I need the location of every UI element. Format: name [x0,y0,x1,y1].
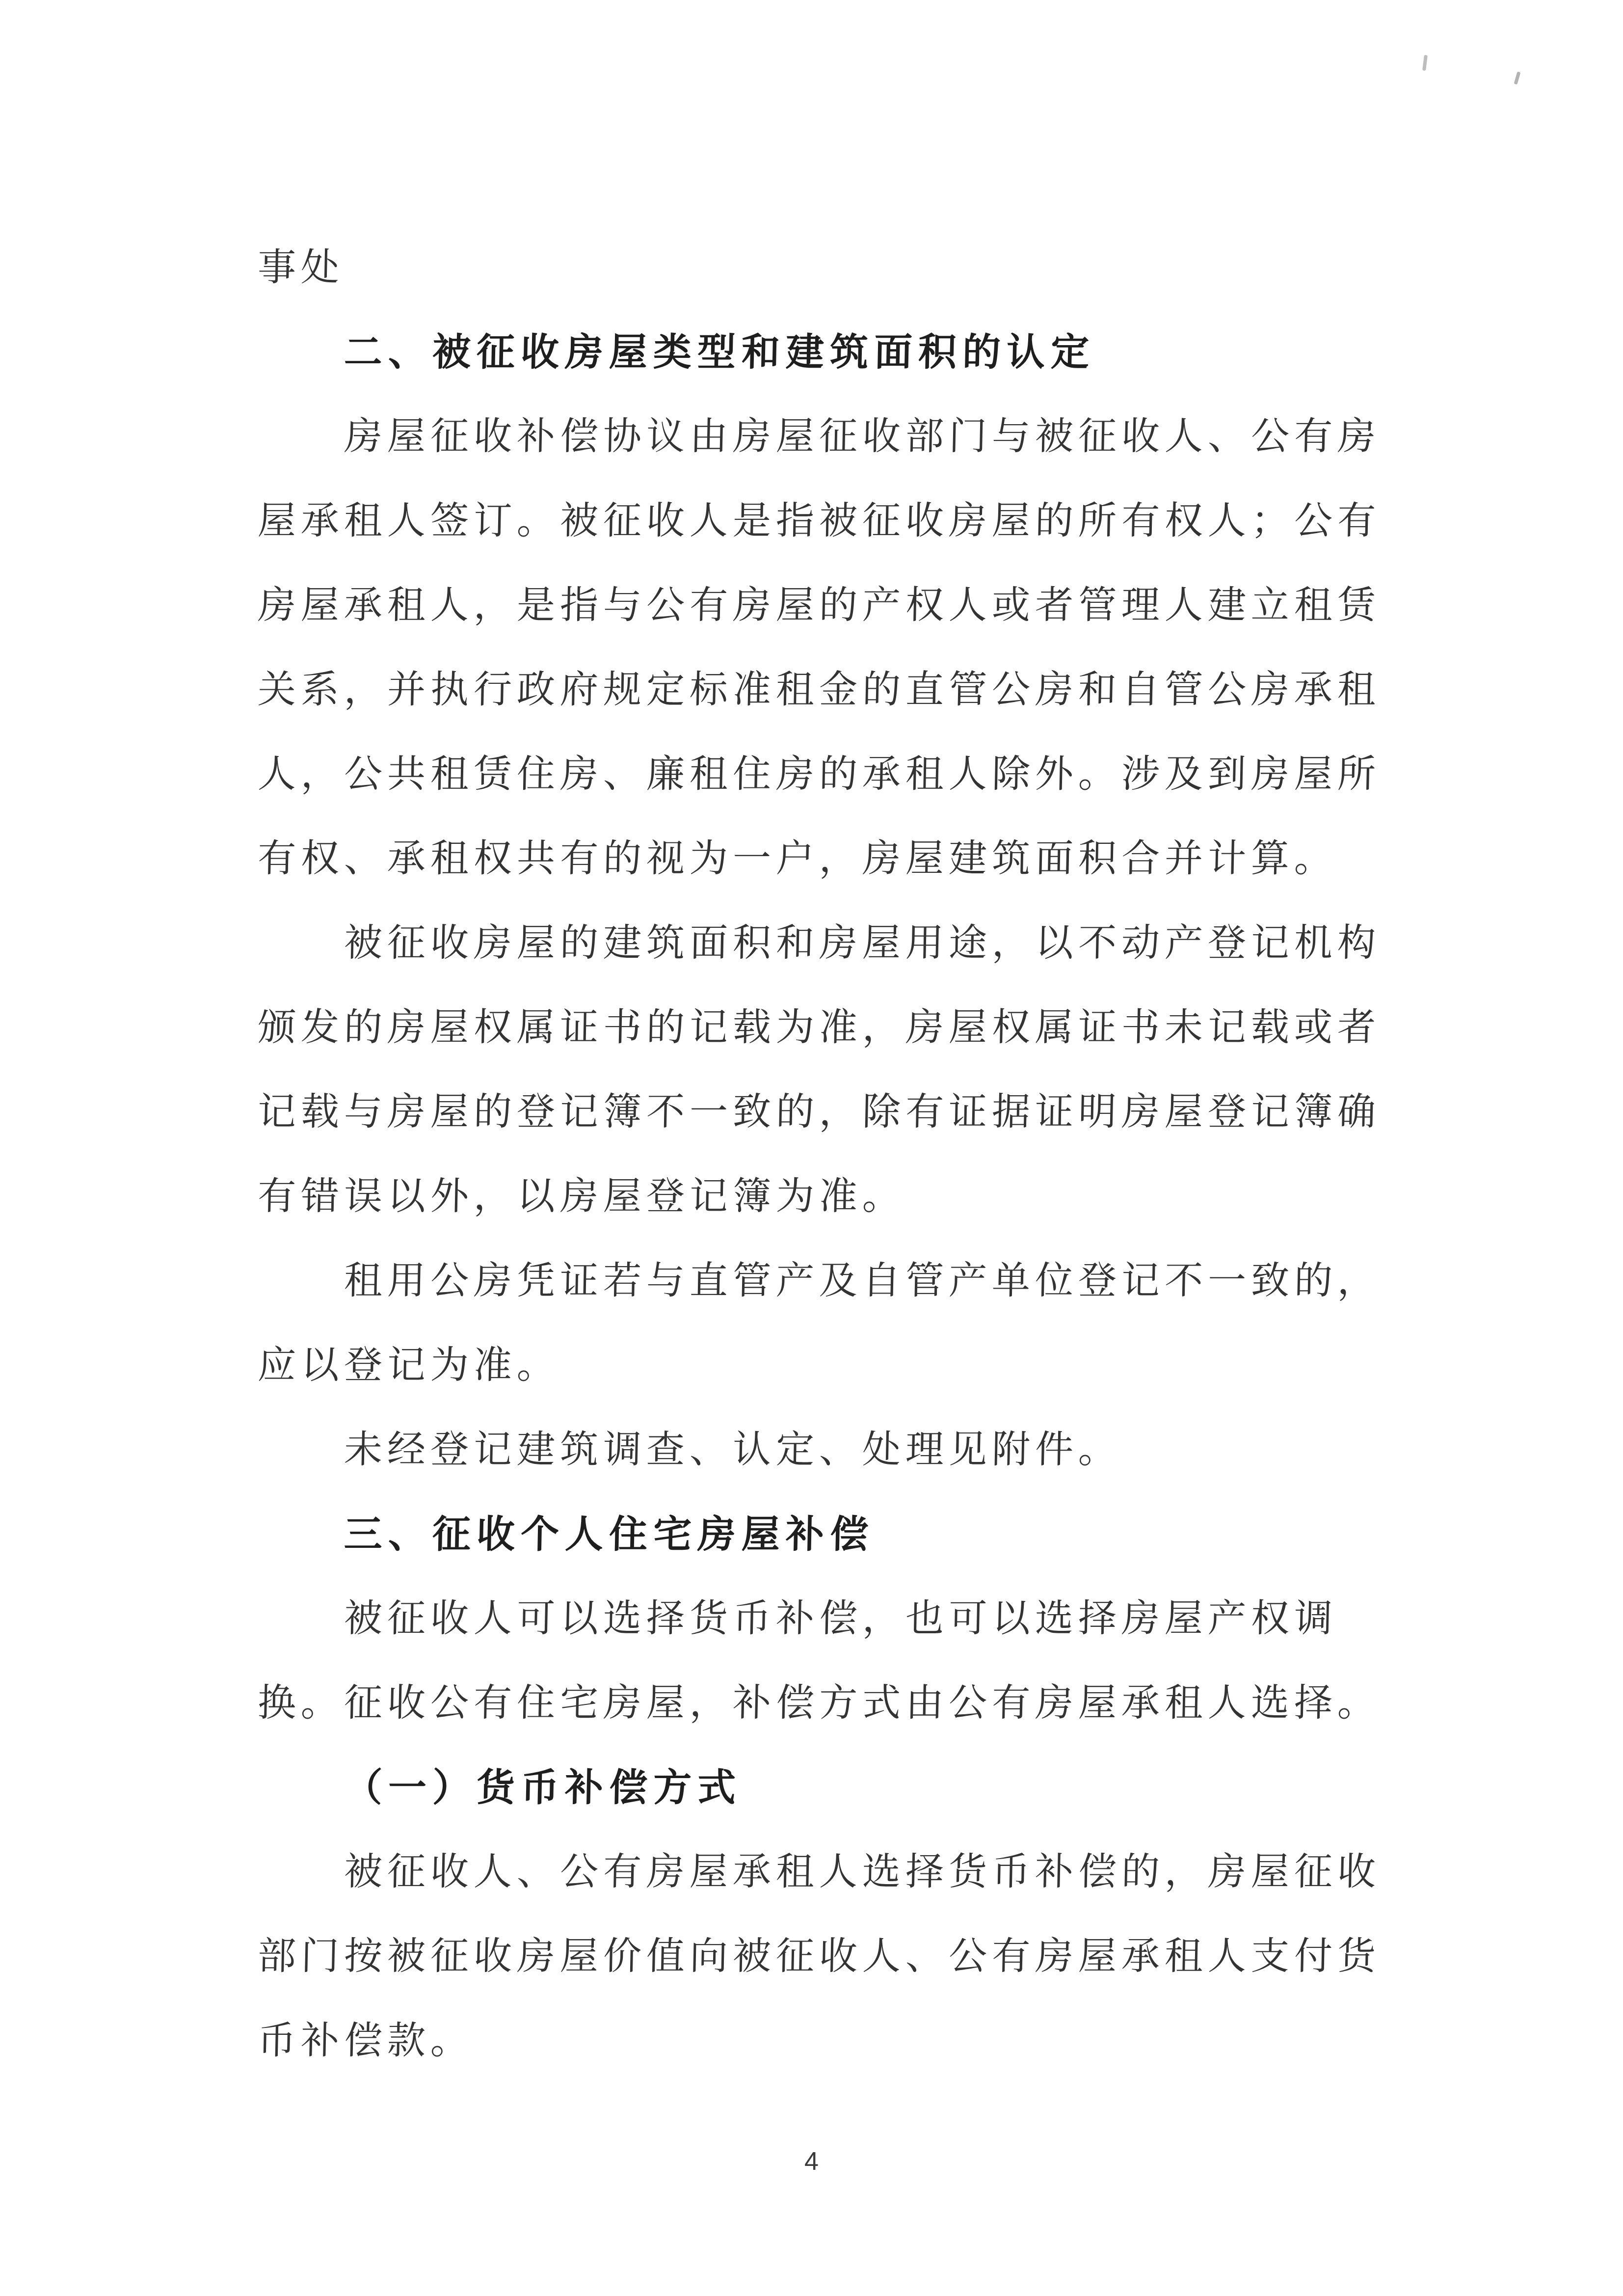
text-line: 未经登记建筑调查、认定、处理见附件。 [257,1407,1446,1492]
text-line: 换。征收公有住宅房屋，补偿方式由公有房屋承租人选择。 [257,1661,1446,1745]
heading-line: （一）货币补偿方式 [257,1745,1446,1830]
text-line: 房屋征收补偿协议由房屋征收部门与被征收人、公有房 [257,394,1446,479]
page-number: 4 [0,2144,1623,2179]
text-line: 被征收房屋的建筑面积和房屋用途，以不动产登记机构 [257,901,1446,985]
scanned-document-page: 事处二、被征收房屋类型和建筑面积的认定房屋征收补偿协议由房屋征收部门与被征收人、… [0,0,1623,2296]
text-line: 部门按被征收房屋价值向被征收人、公有房屋承租人支付货 [257,1914,1446,1999]
text-line: 被征收人、公有房屋承租人选择货币补偿的，房屋征收 [257,1830,1446,1914]
text-line: 应以登记为准。 [257,1323,1446,1407]
text-line: 被征收人可以选择货币补偿，也可以选择房屋产权调 [257,1576,1446,1661]
text-line: 租用公房凭证若与直管产及自管产单位登记不一致的， [257,1239,1446,1323]
text-line: 屋承租人签订。被征收人是指被征收房屋的所有权人；公有 [257,479,1446,563]
text-line: 关系，并执行政府规定标准租金的直管公房和自管公房承租 [257,648,1446,732]
heading-line: 二、被征收房屋类型和建筑面积的认定 [257,310,1446,394]
scan-speck-icon [1422,55,1428,71]
text-line: 房屋承租人，是指与公有房屋的产权人或者管理人建立租赁 [257,563,1446,648]
text-line: 事处 [257,225,1446,310]
text-line: 有权、承租权共有的视为一户，房屋建筑面积合并计算。 [257,816,1446,901]
scan-speck-icon [1514,72,1521,85]
text-line: 有错误以外，以房屋登记簿为准。 [257,1154,1446,1239]
text-line: 币补偿款。 [257,1999,1446,2083]
heading-line: 三、征收个人住宅房屋补偿 [257,1492,1446,1576]
text-line: 人，公共租赁住房、廉租住房的承租人除外。涉及到房屋所 [257,732,1446,816]
text-line: 记载与房屋的登记簿不一致的，除有证据证明房屋登记簿确 [257,1070,1446,1154]
text-line: 颁发的房屋权属证书的记载为准，房屋权属证书未记载或者 [257,985,1446,1070]
document-body: 事处二、被征收房屋类型和建筑面积的认定房屋征收补偿协议由房屋征收部门与被征收人、… [258,225,1445,2083]
